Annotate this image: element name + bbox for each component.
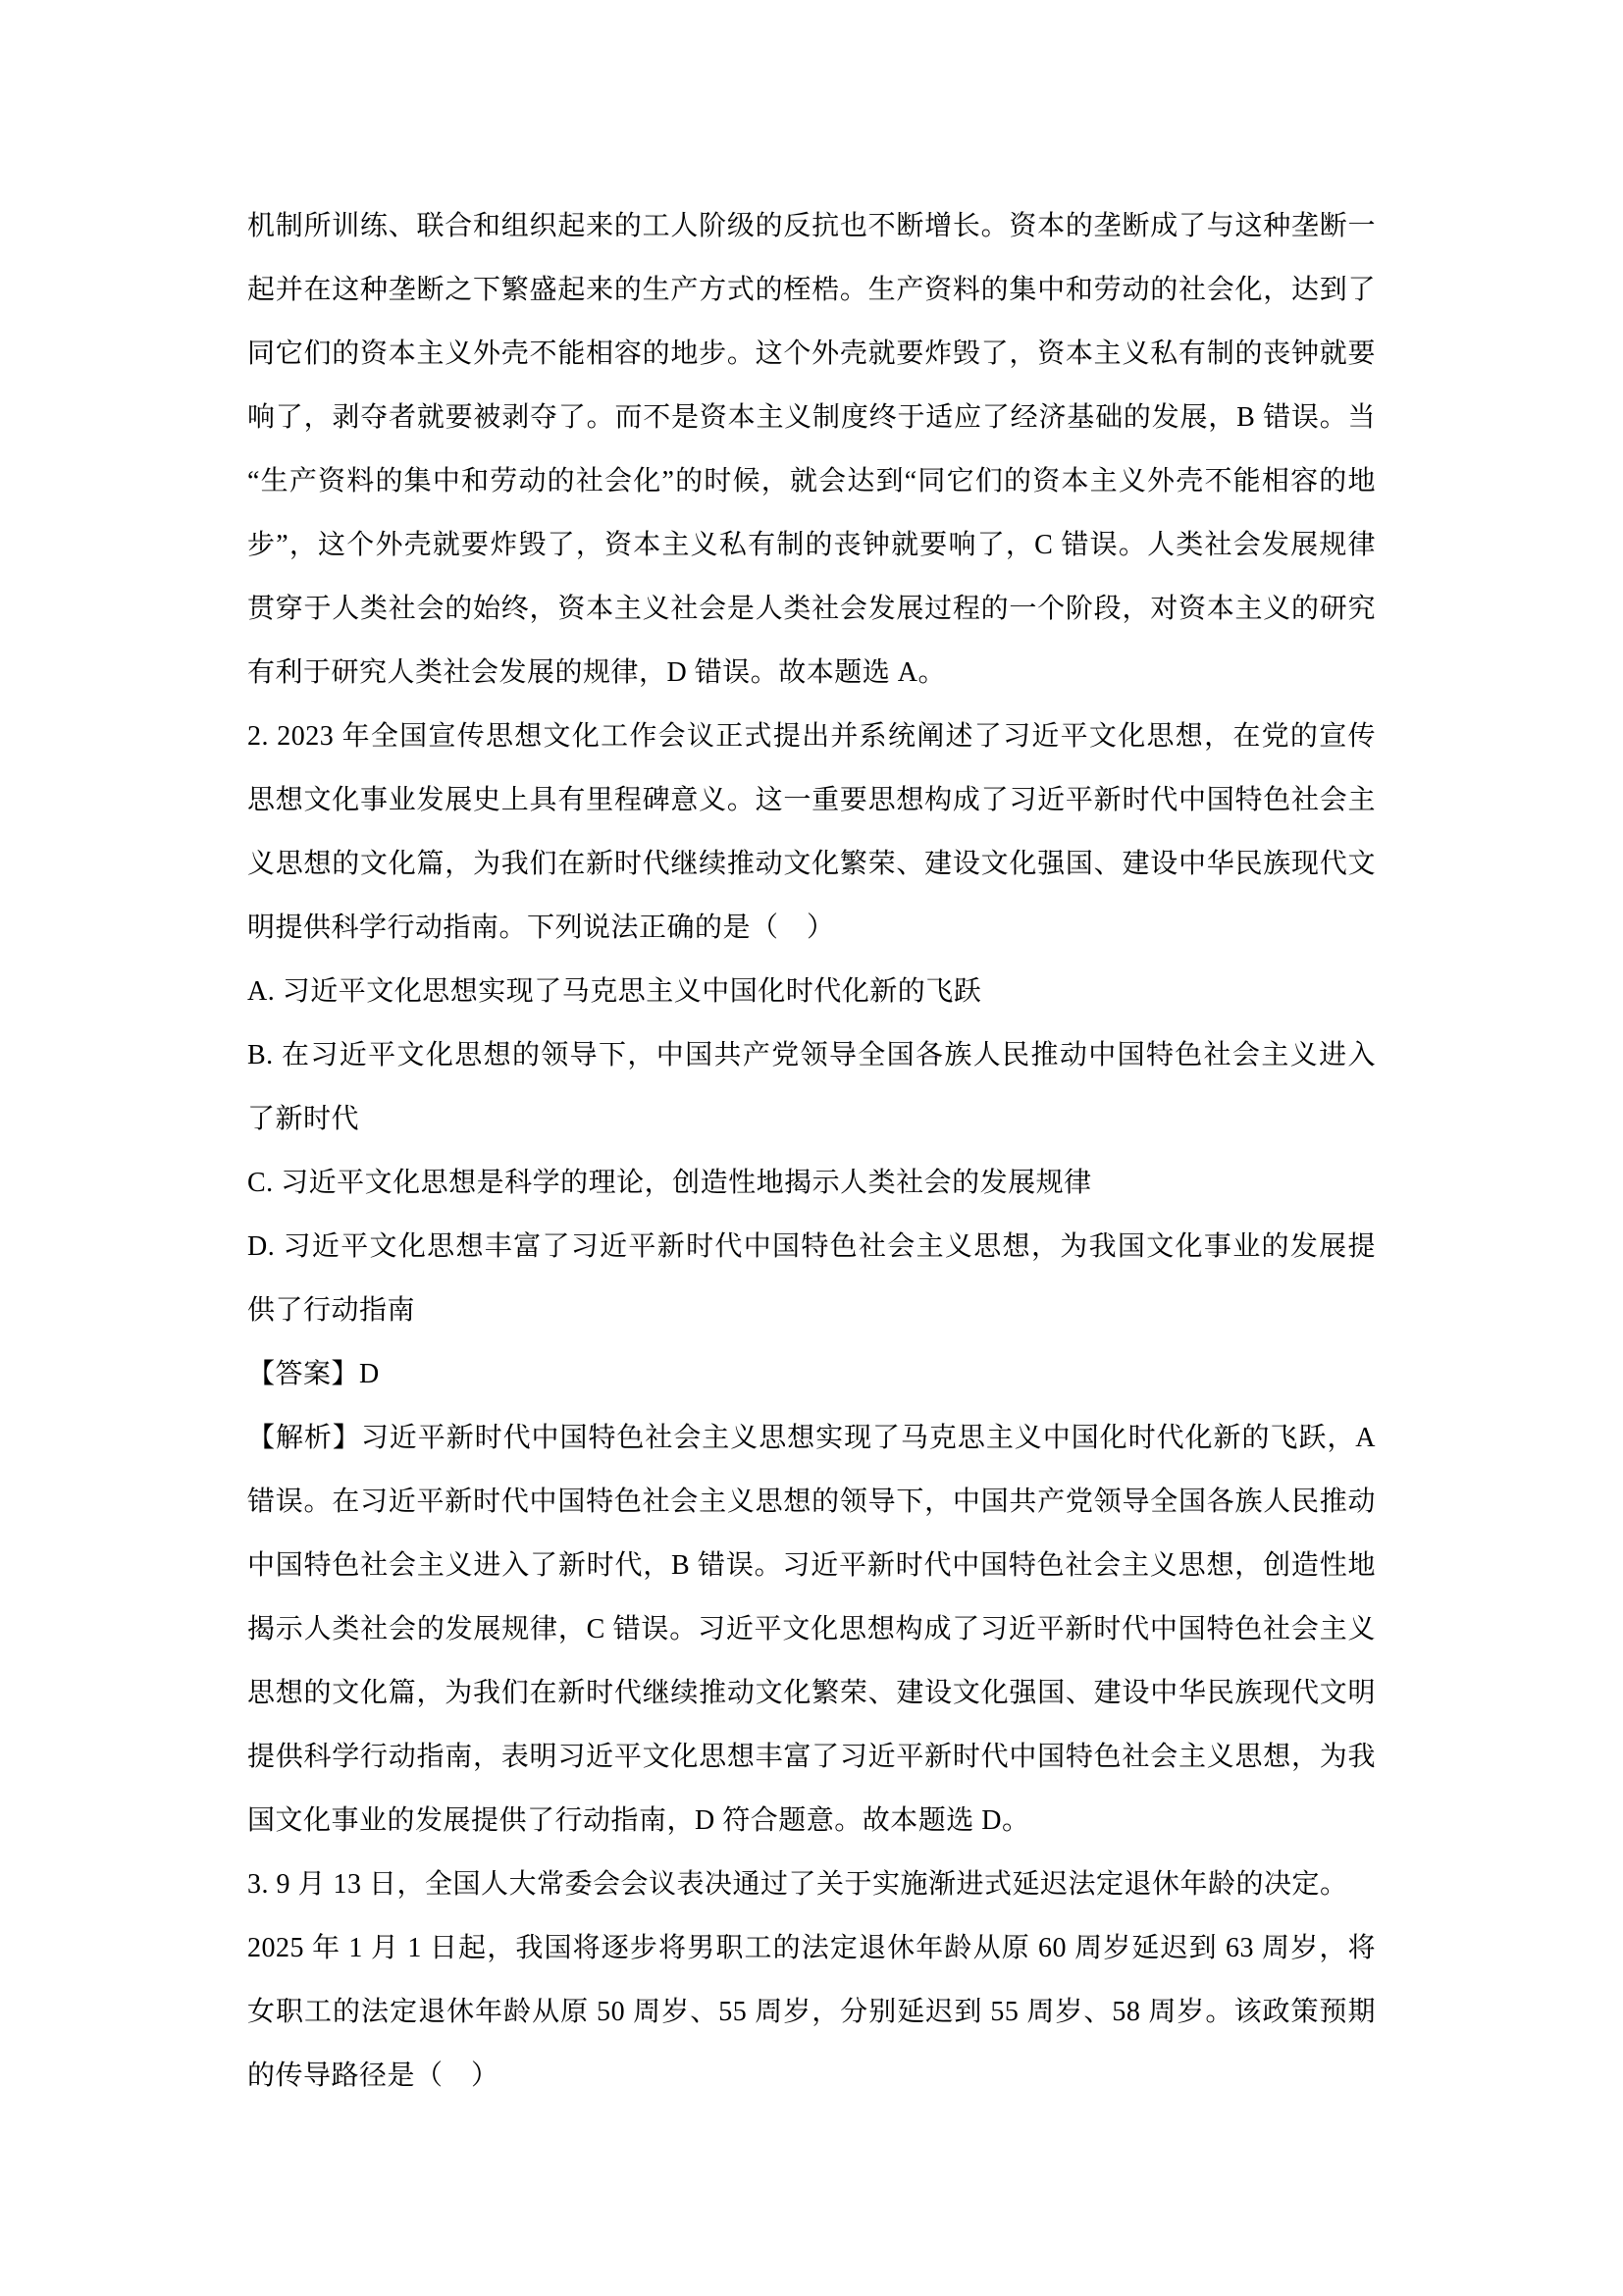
text-line: 揭示人类社会的发展规律，C 错误。习近平文化思想构成了习近平新时代中国特色社会主… [247, 1597, 1376, 1661]
option-b: B. 在习近平文化思想的领导下，中国共产党领导全国各族人民推动中国特色社会主义进… [247, 1023, 1376, 1087]
option-b-cont: 了新时代 [247, 1087, 1376, 1151]
option-d: D. 习近平文化思想丰富了习近平新时代中国特色社会主义思想，为我国文化事业的发展… [247, 1215, 1376, 1278]
text-line: 步”，这个外壳就要炸毁了，资本主义私有制的丧钟就要响了，C 错误。人类社会发展规… [247, 513, 1376, 577]
text-line: 中国特色社会主义进入了新时代，B 错误。习近平新时代中国特色社会主义思想，创造性… [247, 1534, 1376, 1597]
analysis-line: 【解析】习近平新时代中国特色社会主义思想实现了马克思主义中国化时代化新的飞跃，A [247, 1406, 1376, 1470]
text-line: 提供科学行动指南，表明习近平文化思想丰富了习近平新时代中国特色社会主义思想，为我 [247, 1725, 1376, 1789]
text-line: 贯穿于人类社会的始终，资本主义社会是人类社会发展过程的一个阶段，对资本主义的研究 [247, 577, 1376, 641]
text-line: 女职工的法定退休年龄从原 50 周岁、55 周岁，分别延迟到 55 周岁、58 … [247, 1980, 1376, 2044]
text-line-answer-1: 有利于研究人类社会发展的规律，D 错误。故本题选 A。 [247, 641, 1376, 704]
option-a: A. 习近平文化思想实现了马克思主义中国化时代化新的飞跃 [247, 960, 1376, 1023]
text-line: “生产资料的集中和劳动的社会化”的时候，就会达到“同它们的资本主义外壳不能相容的… [247, 449, 1376, 513]
text-line: 起并在这种垄断之下繁盛起来的生产方式的桎梏。生产资料的集中和劳动的社会化，达到了 [247, 258, 1376, 322]
text-line: 思想的文化篇，为我们在新时代继续推动文化繁荣、建设文化强国、建设中华民族现代文明 [247, 1661, 1376, 1725]
text-line: 错误。在习近平新时代中国特色社会主义思想的领导下，中国共产党领导全国各族人民推动 [247, 1470, 1376, 1534]
text-line: 的传导路径是（ ） [247, 2044, 1376, 2108]
answer-line: 【答案】D [247, 1342, 1376, 1406]
question-3-stem: 3. 9 月 13 日，全国人大常委会会议表决通过了关于实施渐进式延迟法定退休年… [247, 1852, 1376, 1916]
question-2-stem: 2. 2023 年全国宣传思想文化工作会议正式提出并系统阐述了习近平文化思想，在… [247, 704, 1376, 768]
text-line: 明提供科学行动指南。下列说法正确的是（ ） [247, 896, 1376, 960]
text-line: 同它们的资本主义外壳不能相容的地步。这个外壳就要炸毁了，资本主义私有制的丧钟就要 [247, 322, 1376, 386]
document-page: 机制所训练、联合和组织起来的工人阶级的反抗也不断增长。资本的垄断成了与这种垄断一… [247, 194, 1376, 2108]
text-line: 机制所训练、联合和组织起来的工人阶级的反抗也不断增长。资本的垄断成了与这种垄断一 [247, 194, 1376, 258]
option-c: C. 习近平文化思想是科学的理论，创造性地揭示人类社会的发展规律 [247, 1151, 1376, 1215]
text-line: 思想文化事业发展史上具有里程碑意义。这一重要思想构成了习近平新时代中国特色社会主 [247, 768, 1376, 832]
text-line: 2025 年 1 月 1 日起，我国将逐步将男职工的法定退休年龄从原 60 周岁… [247, 1916, 1376, 1980]
text-line: 响了，剥夺者就要被剥夺了。而不是资本主义制度终于适应了经济基础的发展，B 错误。… [247, 386, 1376, 449]
text-line: 国文化事业的发展提供了行动指南，D 符合题意。故本题选 D。 [247, 1789, 1376, 1852]
option-d-cont: 供了行动指南 [247, 1278, 1376, 1342]
text-line: 义思想的文化篇，为我们在新时代继续推动文化繁荣、建设文化强国、建设中华民族现代文 [247, 832, 1376, 896]
